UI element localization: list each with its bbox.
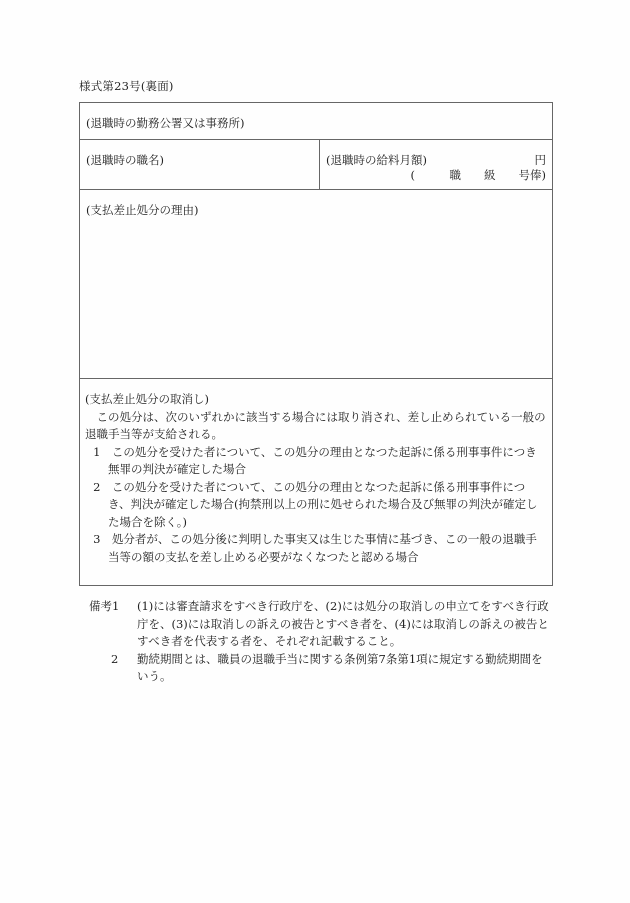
salary-grade: ( 職 級 号俸)	[411, 167, 546, 183]
item-text: この処分を受けた者について、この処分の理由となつた起訴に係る刑事事件につき、判決…	[108, 480, 538, 529]
form-title: 様式第23号(裏面)	[79, 78, 174, 94]
position-field[interactable]: (退職時の職名)	[80, 140, 320, 190]
office-field[interactable]: (退職時の勤務公署又は事務所)	[80, 103, 553, 140]
item-number: 2	[93, 480, 100, 494]
cancellation-intro: この処分は、次のいずれかに該当する場合には取り消され、差し止められている一般の退…	[85, 409, 546, 444]
remark-mark: 2	[111, 651, 118, 669]
salary-unit: 円	[535, 152, 547, 168]
cancellation-item-1: 1 この処分を受けた者について、この処分の理由となつた起訴に係る刑事事件につき無…	[85, 444, 546, 479]
item-text: この処分を受けた者について、この処分の理由となつた起訴に係る刑事事件につき無罪の…	[108, 445, 537, 477]
item-text: 処分者が、この処分後に判明した事実又は生じた事情に基づき、この一般の退職手当等の…	[108, 532, 537, 564]
remark-1: 備考1 (1)には審査請求をすべき行政庁を、(2)には処分の取消しの申立てをすべ…	[89, 598, 554, 651]
salary-label: (退職時の給料月額)	[326, 152, 427, 168]
remark-mark: 備考1	[89, 598, 119, 616]
remark-2: 2 勤続期間とは、職員の退職手当に関する条例第7条第1項に規定する勤続期間をいう…	[89, 651, 554, 686]
remark-text: (1)には審査請求をすべき行政庁を、(2)には処分の取消しの申立てをすべき行政庁…	[137, 599, 549, 648]
office-label: (退職時の勤務公署又は事務所)	[80, 103, 552, 131]
position-label: (退職時の職名)	[80, 140, 319, 168]
reason-label: (支払差止処分の理由)	[80, 190, 552, 218]
cancellation-item-3: 3 処分者が、この処分後に判明した事実又は生じた事情に基づき、この一般の退職手当…	[85, 531, 546, 566]
item-number: 1	[93, 445, 100, 459]
remark-text: 勤続期間とは、職員の退職手当に関する条例第7条第1項に規定する勤続期間をいう。	[137, 652, 543, 684]
reason-field[interactable]: (支払差止処分の理由)	[80, 190, 553, 379]
item-number: 3	[93, 532, 100, 546]
form-table: (退職時の勤務公署又は事務所) (退職時の職名) (退職時の給料月額) 円 ( …	[79, 102, 553, 586]
salary-field[interactable]: (退職時の給料月額) 円 ( 職 級 号俸)	[320, 140, 553, 190]
cancellation-section: (支払差止処分の取消し) この処分は、次のいずれかに該当する場合には取り消され、…	[80, 379, 553, 586]
cancellation-heading: (支払差止処分の取消し)	[85, 391, 546, 409]
remarks: 備考1 (1)には審査請求をすべき行政庁を、(2)には処分の取消しの申立てをすべ…	[89, 598, 554, 686]
cancellation-item-2: 2 この処分を受けた者について、この処分の理由となつた起訴に係る刑事事件につき、…	[85, 479, 546, 532]
